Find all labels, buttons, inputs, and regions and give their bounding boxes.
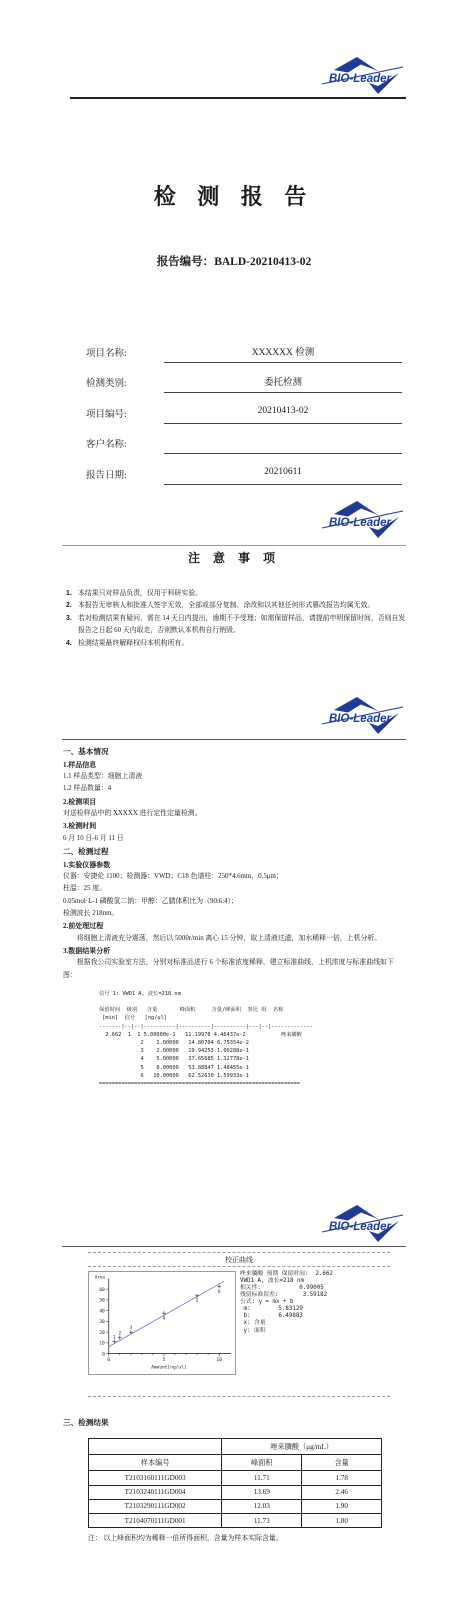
info-label: 检测类别: <box>86 375 164 393</box>
svg-text:10: 10 <box>216 1357 222 1363</box>
subheading-pretreatment: 2.前处理过程 <box>63 920 407 932</box>
content-value: 2.46 <box>302 1485 382 1499</box>
sample-id: T2104070111GD001 <box>89 1513 222 1527</box>
peak-area: 11.73 <box>222 1513 302 1527</box>
report-title: 检 测 报 告 <box>0 180 468 211</box>
mountain-swoosh-icon: BIO-Leader <box>320 498 406 542</box>
section-heading-results: 三、检测结果 <box>63 1417 109 1428</box>
results-analyte-row: 唑来膦酸（μg/mL） <box>89 1439 382 1455</box>
calibration-chart: 01020304050600510AreaAmount[ng/ul]123456 <box>88 1271 236 1375</box>
info-row-report-date: 报告日期: 20210611 <box>86 454 402 485</box>
dashed-divider <box>88 1252 390 1253</box>
subheading-instrument: 1.实验仪器参数 <box>63 859 407 871</box>
section-rule <box>62 739 406 740</box>
notice-item-number: 1. <box>66 588 78 600</box>
subheading-test-time: 3.检测时间 <box>63 820 407 832</box>
test-time-line: 6 月 10 日-6 月 11 日 <box>63 833 407 845</box>
results-col-header: 含量 <box>302 1455 382 1471</box>
table-row: T2103160111GD003 11.71 1.78 <box>89 1471 382 1485</box>
info-row-test-category: 检测类别: 委托检测 <box>86 363 402 394</box>
test-item-line: 对送检样品中的 XXXXX 进行定性定量检测。 <box>63 808 407 820</box>
notice-item-text: 若对检测结果有疑问，需在 14 天日内提出，逾期不予受理；如需保留样品，请提前申… <box>78 613 406 638</box>
svg-text:50: 50 <box>99 1298 105 1304</box>
svg-text:Area: Area <box>95 1275 105 1280</box>
info-label: 客户名称: <box>86 436 164 454</box>
peak-area: 13.69 <box>222 1485 302 1499</box>
mountain-swoosh-icon: BIO-Leader <box>320 1202 406 1246</box>
results-table: 唑来膦酸（μg/mL） 样本编号 峰面积 含量 T2103160111GD003… <box>88 1438 382 1528</box>
svg-text:5: 5 <box>196 1298 199 1304</box>
svg-text:BIO-Leader: BIO-Leader <box>329 713 392 725</box>
notice-item-text: 检测结果最终解释权归本机构所有。 <box>78 638 406 650</box>
svg-text:30: 30 <box>99 1319 105 1325</box>
info-label: 报告日期: <box>86 467 164 485</box>
svg-text:1: 1 <box>113 1335 116 1341</box>
svg-text:60: 60 <box>99 1287 105 1293</box>
sample-id: T2103160111GD003 <box>89 1471 222 1485</box>
svg-text:3: 3 <box>130 1325 133 1331</box>
report-number-label: 报告编号： <box>157 256 215 268</box>
table-row: T2103290111GD002 12.03 1.90 <box>89 1499 382 1513</box>
section-heading-basic: 一、基本情况 <box>63 745 407 759</box>
notice-item-number: 2. <box>66 600 78 612</box>
subheading-test-item: 2.检测项目 <box>63 796 407 808</box>
bio-leader-logo: BIO-Leader <box>320 54 406 98</box>
instrument-line: 柱温：25 度。 <box>63 883 407 895</box>
info-label: 项目编号: <box>86 406 164 424</box>
info-value: 20210611 <box>164 467 402 485</box>
analysis-text: 根据我公司实验室方法，分别对标准品进行 6 个标准浓度稀释，建立标准曲线，上机浓… <box>63 957 407 982</box>
dashed-divider <box>88 1396 390 1397</box>
bio-leader-logo: BIO-Leader <box>320 1202 406 1246</box>
results-col-header: 样本编号 <box>89 1455 222 1471</box>
instrument-line: 0.05mol·L-1 磷酸氢二钠：甲醇：乙腈体积比为（90:6:4）； <box>63 896 407 908</box>
info-label: 项目名称: <box>86 345 164 363</box>
info-row-client-name: 客户名称: <box>86 424 402 455</box>
svg-text:5: 5 <box>163 1357 166 1363</box>
table-row: T2103240111GD004 13.69 2.46 <box>89 1485 382 1499</box>
svg-text:10: 10 <box>99 1341 105 1347</box>
sample-count-line: 1.2 样品数量：4 <box>63 783 407 795</box>
info-value <box>164 436 402 454</box>
calibration-title: 校正曲线 <box>88 1255 390 1265</box>
results-blank-cell <box>89 1439 222 1455</box>
svg-text:BIO-Leader: BIO-Leader <box>329 73 392 85</box>
notice-item-number: 3. <box>66 613 78 638</box>
calibration-stats: 唑来膦酸 预期 保留时间: 2.662 VWD1 A, 波长=218 nm 相关… <box>240 1271 333 1335</box>
svg-text:2: 2 <box>118 1331 121 1337</box>
subheading-analysis: 3.数据结果分析 <box>63 945 407 957</box>
notice-item: 4. 检测结果最终解释权归本机构所有。 <box>66 638 406 650</box>
results-analyte-header: 唑来膦酸（μg/mL） <box>222 1439 382 1455</box>
report-document: BIO-Leader 检 测 报 告 报告编号：BALD-20210413-02… <box>0 0 468 1600</box>
notice-item: 3. 若对检测结果有疑问，需在 14 天日内提出，逾期不予受理；如需保留样品，请… <box>66 613 406 638</box>
peak-area: 12.03 <box>222 1499 302 1513</box>
peak-area: 11.71 <box>222 1471 302 1485</box>
notice-item-number: 4. <box>66 638 78 650</box>
svg-text:BIO-Leader: BIO-Leader <box>329 517 392 529</box>
section-rule <box>62 1246 406 1247</box>
notice-item: 2. 本报告无审核人和批准人签字无效，全部或部分复制、涂改和以其他任何形式篡改报… <box>66 600 406 612</box>
info-value: 20210413-02 <box>164 406 402 424</box>
dashed-divider <box>88 1266 390 1267</box>
info-value: XXXXXX 检测 <box>164 344 402 363</box>
sample-type-line: 1.1 样品类型：细胞上清液 <box>63 771 407 783</box>
svg-text:Amount[ng/ul]: Amount[ng/ul] <box>151 1364 186 1370</box>
notice-list: 1. 本结果只对样品负责，仅用于科研实验。 2. 本报告无审核人和批准人签字无效… <box>66 588 406 650</box>
pretreatment-text: 将细胞上清液充分震荡，然后以 5000r/min 离心 15 分钟，取上清液过滤… <box>63 933 407 945</box>
svg-text:40: 40 <box>99 1308 105 1314</box>
results-col-header: 峰面积 <box>222 1455 302 1471</box>
instrument-line: 仪器：安捷伦 1100；检测器：VWD；C18 色谱柱：250*4.6mm，0.… <box>63 871 407 883</box>
report-number-value: BALD-20210413-02 <box>214 256 311 268</box>
results-header-row: 样本编号 峰面积 含量 <box>89 1455 382 1471</box>
body-content: 一、基本情况 1.样品信息 1.1 样品类型：细胞上清液 1.2 样品数量：4 … <box>63 745 407 1088</box>
notice-item-text: 本报告无审核人和批准人签字无效，全部或部分复制、涂改和以其他任何形式篡改报告均属… <box>78 600 406 612</box>
svg-text:0: 0 <box>102 1351 105 1357</box>
signal-data-block: 信号 1: VWD1 A, 波长=218 nm 保留时间 级别 含量 峰面积 含… <box>99 990 407 1088</box>
table-row: T2104070111GD001 11.73 1.80 <box>89 1513 382 1527</box>
notice-item: 1. 本结果只对样品负责，仅用于科研实验。 <box>66 588 406 600</box>
content-value: 1.80 <box>302 1513 382 1527</box>
bio-leader-logo: BIO-Leader <box>320 694 406 738</box>
info-value: 委托检测 <box>164 374 402 393</box>
notice-title: 注 意 事 项 <box>0 549 468 566</box>
content-value: 1.78 <box>302 1471 382 1485</box>
svg-text:20: 20 <box>99 1330 105 1336</box>
report-number-line: 报告编号：BALD-20210413-02 <box>0 253 468 269</box>
mountain-swoosh-icon: BIO-Leader <box>320 54 406 98</box>
notice-item-text: 本结果只对样品负责，仅用于科研实验。 <box>78 588 406 600</box>
cover-info-table: 项目名称: XXXXXX 检测 检测类别: 委托检测 项目编号: 2021041… <box>86 332 402 485</box>
svg-text:4: 4 <box>163 1316 166 1322</box>
bio-leader-logo: BIO-Leader <box>320 498 406 542</box>
info-row-project-name: 项目名称: XXXXXX 检测 <box>86 332 402 363</box>
notice-rule <box>62 545 406 546</box>
instrument-line: 检测波长 218nm。 <box>63 908 407 920</box>
results-note: 注： 以上峰面积均为稀释一倍所得面积，含量为样本实际含量。 <box>88 1532 283 1542</box>
sample-id: T2103290111GD002 <box>89 1499 222 1513</box>
sample-id: T2103240111GD004 <box>89 1485 222 1499</box>
content-value: 1.90 <box>302 1499 382 1513</box>
svg-text:6: 6 <box>218 1289 221 1295</box>
svg-text:0: 0 <box>107 1357 110 1363</box>
svg-text:BIO-Leader: BIO-Leader <box>329 1221 392 1233</box>
subheading-sample-info: 1.样品信息 <box>63 759 407 771</box>
mountain-swoosh-icon: BIO-Leader <box>320 694 406 738</box>
section-heading-process: 二、检测过程 <box>63 845 407 859</box>
header-rule <box>70 97 406 99</box>
info-row-project-number: 项目编号: 20210413-02 <box>86 393 402 424</box>
